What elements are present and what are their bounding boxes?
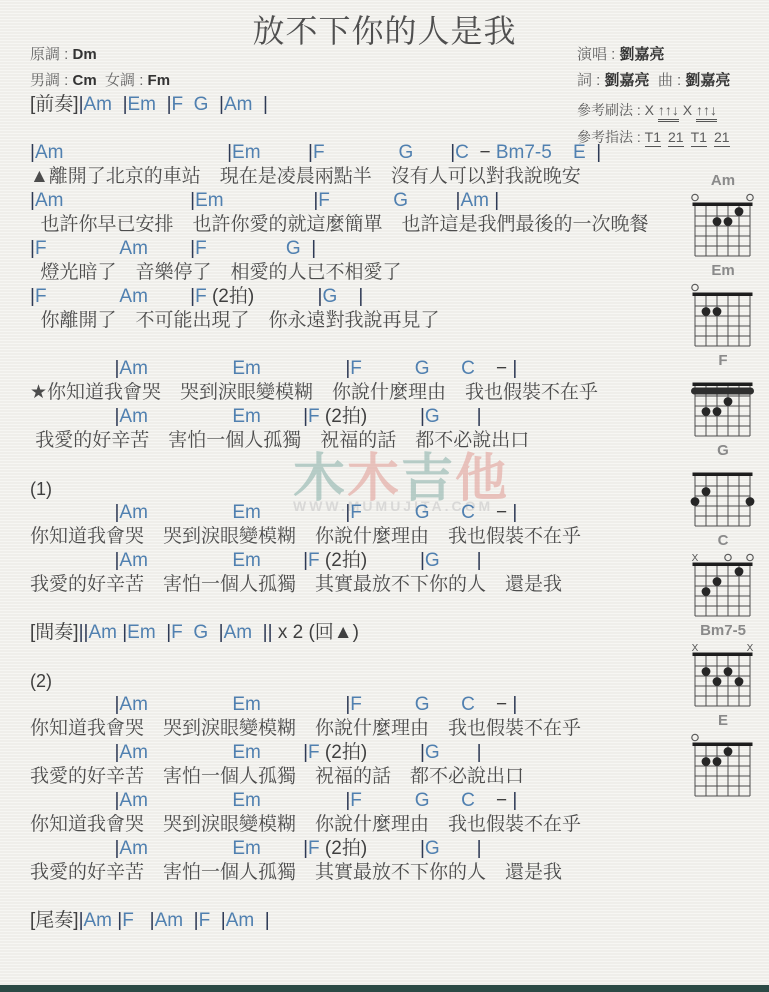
- chord-line-text: [156, 94, 167, 115]
- chord-line-text: [252, 622, 263, 643]
- lyric-line: 我愛的好辛苦 害怕一個人孤獨 其實最放不下你的人 還是我: [30, 861, 605, 885]
- lyric-line: 我愛的好辛苦 害怕一個人孤獨 其實最放不下你的人 還是我: [30, 573, 605, 597]
- chord-line-text: −: [475, 502, 513, 523]
- chord-line-text: [183, 910, 194, 931]
- lyric-line: 你離開了 不可能出現了 你永遠對我說再見了: [30, 309, 605, 333]
- chord-diagram-grid: [683, 730, 763, 802]
- chord-token: F: [35, 286, 47, 307]
- chord-line-text: [148, 694, 232, 715]
- chord-diagram-F: F: [683, 352, 763, 442]
- chord-token: C: [461, 358, 475, 379]
- lyric-line: ★你知道我會哭 哭到淚眼變模糊 你說什麼理由 我也假裝不在乎: [30, 381, 605, 405]
- lyric-line: 你知道我會哭 哭到淚眼變模糊 你說什麼理由 我也假裝不在乎: [30, 717, 605, 741]
- bar-separator: |: [494, 190, 499, 211]
- chord-diagram-name: F: [683, 352, 763, 370]
- chord-line-text: [63, 190, 190, 211]
- chord-line-text: [30, 694, 114, 715]
- chord-line-text: [429, 358, 461, 379]
- svg-text:X: X: [747, 643, 754, 654]
- chord-line: |Am Em |F (2拍) |G |: [30, 549, 605, 573]
- chord-token: G: [194, 94, 209, 115]
- bar-separator: |: [477, 742, 482, 763]
- bar-separator: |: [512, 502, 517, 523]
- chord-line-text: [254, 910, 265, 931]
- meta-label: 曲 :: [650, 72, 686, 89]
- bottom-border-bar: [0, 985, 769, 992]
- chord-line-text: [362, 790, 415, 811]
- chord-token: F: [313, 142, 325, 163]
- chord-line-text: [413, 142, 450, 163]
- chord-sheet-page: 放不下你的人是我 原調 : Dm男調 : Cm 女調 : Fm 演唱 : 劉嘉亮…: [0, 0, 769, 992]
- chord-line-text: −: [469, 142, 496, 163]
- chord-token: Am: [119, 838, 148, 859]
- chord-line-text: [前奏]: [30, 94, 79, 115]
- chord-line-text: [440, 550, 477, 571]
- chord-line: |Am Em |F G C − |: [30, 693, 605, 717]
- chord-token: F: [350, 694, 362, 715]
- meta-value: 劉嘉亮: [685, 72, 730, 89]
- chord-token: Am: [119, 550, 148, 571]
- lyric-line: 我愛的好辛苦 害怕一個人孤獨 祝福的話 都不必說出口: [30, 429, 605, 453]
- chord-token: F: [308, 742, 320, 763]
- chord-token: Am: [119, 406, 148, 427]
- chord-line-text: [261, 838, 303, 859]
- chord-line-text: [429, 502, 461, 523]
- chord-token: F: [195, 238, 207, 259]
- chord-line-text: [208, 94, 219, 115]
- chord-line: |Am Em |F G C − |: [30, 357, 605, 381]
- chord-diagram-grid: [683, 190, 763, 262]
- chord-diagram-grid: [683, 370, 763, 442]
- chord-line-text: [30, 358, 114, 379]
- chord-token: F: [350, 502, 362, 523]
- chord-token: Em: [232, 358, 261, 379]
- bar-separator: |: [512, 694, 517, 715]
- chord-token: Am: [155, 910, 184, 931]
- chord-line-text: [224, 190, 314, 211]
- chord-line-text: [208, 622, 219, 643]
- meta-right: 演唱 : 劉嘉亮詞 : 劉嘉亮 曲 : 劉嘉亮: [577, 42, 763, 94]
- chord-token: Am: [119, 502, 148, 523]
- chord-token: Am: [460, 190, 489, 211]
- spacer-line: [30, 885, 605, 909]
- chord-token: F: [195, 286, 207, 307]
- chord-diagram-grid: X: [683, 550, 763, 622]
- meta-value: Cm: [73, 72, 97, 89]
- chord-token: Em: [232, 790, 261, 811]
- chord-token: Em: [127, 622, 156, 643]
- chord-line-text: [148, 790, 232, 811]
- chord-line-text: [261, 358, 345, 379]
- chord-line: |Am Em |F (2拍) |G |: [30, 837, 605, 861]
- chord-line-text: [148, 502, 232, 523]
- chord-line: |Am Em |F G C − |: [30, 789, 605, 813]
- bar-separator: |: [512, 358, 517, 379]
- chord-line-text: [261, 694, 345, 715]
- chord-token: C: [461, 502, 475, 523]
- spacer-line: [30, 453, 605, 477]
- chord-token: Am: [224, 622, 253, 643]
- bar-separator: |: [311, 238, 316, 259]
- chord-diagram-Em: Em: [683, 262, 763, 352]
- chord-token: Am: [35, 142, 64, 163]
- chord-line-text: [30, 550, 114, 571]
- pattern-group: 21: [668, 129, 684, 147]
- chord-token: F: [171, 622, 183, 643]
- chord-line-text: [47, 286, 120, 307]
- pattern-group: 21: [714, 129, 730, 147]
- chord-line-text: [30, 790, 114, 811]
- chord-line-text: [362, 358, 415, 379]
- chord-token: G: [425, 838, 440, 859]
- chord-token: F: [122, 910, 134, 931]
- chord-token: Em: [232, 142, 261, 163]
- chord-line-text: (2拍): [320, 406, 420, 427]
- chord-line: |Am Em |F (2拍) |G |: [30, 405, 605, 429]
- chord-line-text: [429, 790, 461, 811]
- chord-token: Am: [119, 238, 148, 259]
- chord-line-text: [252, 94, 263, 115]
- chord-token: Em: [232, 694, 261, 715]
- lyric-line: 也許你早已安排 也許你愛的就這麼簡單 也許這是我們最後的一次晚餐: [30, 213, 605, 237]
- bar-separator: |: [477, 550, 482, 571]
- chord-diagram-grid: [683, 280, 763, 352]
- meta-left: 原調 : Dm男調 : Cm 女調 : Fm: [30, 42, 170, 94]
- chord-line-text: [47, 238, 120, 259]
- chord-token: G: [425, 742, 440, 763]
- chord-line: |Am |Em |F G |Am |: [30, 189, 605, 213]
- chord-token: E: [573, 142, 586, 163]
- chord-line-text: [362, 502, 415, 523]
- chord-token: Em: [232, 838, 261, 859]
- chord-line-text: [440, 406, 477, 427]
- chord-token: G: [193, 622, 208, 643]
- meta-row: 男調 : Cm 女調 : Fm: [30, 68, 170, 94]
- chord-line-text: [148, 238, 190, 259]
- chord-line: [間奏]||Am |Em |F G |Am || x 2 (回▲): [30, 621, 605, 645]
- pattern-group: T1: [691, 129, 707, 147]
- pattern-group: X: [645, 102, 658, 118]
- chord-diagram-name: C: [683, 532, 763, 550]
- chord-line-text: [261, 502, 345, 523]
- chord-token: Am: [119, 742, 148, 763]
- bar-separator: |: [263, 94, 268, 115]
- lyric-line: 我愛的好辛苦 害怕一個人孤獨 祝福的話 都不必說出口: [30, 765, 605, 789]
- chord-line: |Am Em |F G C − |: [30, 501, 605, 525]
- meta-label: 原調 :: [30, 46, 73, 63]
- chord-line-text: (2拍): [320, 742, 420, 763]
- chord-diagram-E: E: [683, 712, 763, 802]
- chord-line-text: [183, 94, 194, 115]
- song-body: [前奏]|Am |Em |F G |Am ||Am |Em |F G |C − …: [30, 93, 605, 933]
- chord-token: F: [350, 790, 362, 811]
- chord-token: G: [322, 286, 337, 307]
- chord-line-text: [30, 406, 114, 427]
- chord-line-text: [134, 910, 150, 931]
- chord-line-text: −: [475, 790, 513, 811]
- chord-line-text: [148, 838, 232, 859]
- chord-diagrams-panel: AmEmFGCXBm7-5XXE: [683, 172, 763, 802]
- lyric-line: ▲離開了北京的車站 現在是凌晨兩點半 沒有人可以對我說晚安: [30, 165, 605, 189]
- chord-token: Am: [224, 94, 253, 115]
- lyric-line: 你知道我會哭 哭到淚眼變模糊 你說什麼理由 我也假裝不在乎: [30, 813, 605, 837]
- chord-token: Em: [232, 550, 261, 571]
- chord-line-text: [156, 622, 167, 643]
- chord-line: |F Am |F (2拍) |G |: [30, 285, 605, 309]
- chord-line-text: [261, 406, 303, 427]
- bar-separator: |: [477, 406, 482, 427]
- chord-line-text: (2拍): [320, 550, 420, 571]
- chord-token: Am: [226, 910, 255, 931]
- chord-token: F: [35, 238, 47, 259]
- chord-token: F: [318, 190, 330, 211]
- chord-token: Em: [232, 502, 261, 523]
- meta-value: Dm: [73, 46, 97, 63]
- chord-token: Am: [84, 910, 113, 931]
- chord-token: F: [172, 94, 184, 115]
- chord-line-text: [148, 358, 232, 379]
- meta-value: 劉嘉亮: [620, 46, 665, 63]
- chord-token: Em: [128, 94, 157, 115]
- chord-line-text: [30, 838, 114, 859]
- chord-line-text: [30, 502, 114, 523]
- lyric-line: 燈光暗了 音樂停了 相愛的人已不相愛了: [30, 261, 605, 285]
- chord-line-text: [586, 142, 597, 163]
- pattern-group: T1: [645, 129, 661, 147]
- chord-token: F: [308, 406, 320, 427]
- chord-token: C: [461, 790, 475, 811]
- chord-token: G: [425, 550, 440, 571]
- section-label: (1): [30, 477, 605, 501]
- bar-separator: |: [596, 142, 601, 163]
- chord-token: G: [393, 190, 408, 211]
- chord-token: F: [308, 550, 320, 571]
- section-label: (2): [30, 669, 605, 693]
- chord-line-text: [552, 142, 573, 163]
- chord-line-text: [30, 742, 114, 763]
- chord-diagram-Am: Am: [683, 172, 763, 262]
- chord-line-text: [261, 142, 309, 163]
- chord-line: |Am |Em |F G |C − Bm7-5 E |: [30, 141, 605, 165]
- chord-diagram-grid: XX: [683, 640, 763, 712]
- spacer-line: [30, 645, 605, 669]
- chord-line-text: −: [475, 694, 513, 715]
- chord-token: C: [461, 694, 475, 715]
- chord-token: Em: [195, 190, 224, 211]
- chord-line-text: [63, 142, 227, 163]
- pattern-group: X: [679, 102, 696, 118]
- meta-label: 演唱 :: [577, 46, 620, 63]
- chord-line-text: [261, 742, 303, 763]
- meta-row: 原調 : Dm: [30, 42, 170, 68]
- chord-diagram-name: G: [683, 442, 763, 460]
- chord-diagram-name: Am: [683, 172, 763, 190]
- bar-separator: |: [265, 910, 270, 931]
- spacer-line: [30, 597, 605, 621]
- chord-line: |F Am |F G |: [30, 237, 605, 261]
- chord-diagram-grid: [683, 460, 763, 532]
- chord-token: F: [308, 838, 320, 859]
- chord-diagram-C: CX: [683, 532, 763, 622]
- chord-token: F: [350, 358, 362, 379]
- chord-token: G: [415, 790, 430, 811]
- chord-token: Am: [119, 358, 148, 379]
- chord-line-text: [440, 838, 477, 859]
- chord-line-text: [148, 406, 232, 427]
- chord-line-text: [325, 142, 399, 163]
- meta-value: Fm: [148, 72, 171, 89]
- chord-line-text: −: [475, 358, 513, 379]
- svg-text:X: X: [692, 553, 699, 564]
- chord-diagram-G: G: [683, 442, 763, 532]
- meta-label: 女調 :: [97, 72, 148, 89]
- spacer-line: [30, 117, 605, 141]
- chord-token: Am: [35, 190, 64, 211]
- chord-token: G: [286, 238, 301, 259]
- chord-line-text: [148, 742, 232, 763]
- meta-row: 演唱 : 劉嘉亮: [577, 42, 763, 68]
- chord-line-text: [207, 238, 286, 259]
- lyric-line: 你知道我會哭 哭到淚眼變模糊 你說什麼理由 我也假裝不在乎: [30, 525, 605, 549]
- bar-separator: |: [477, 838, 482, 859]
- chord-token: F: [199, 910, 211, 931]
- bar-separator: |: [512, 790, 517, 811]
- chord-line: [尾奏]|Am |F |Am |F |Am |: [30, 909, 605, 933]
- chord-diagram-name: Em: [683, 262, 763, 280]
- chord-line-text: [148, 550, 232, 571]
- chord-line-text: [尾奏]: [30, 910, 79, 931]
- chord-line-text: x 2 (回▲): [273, 622, 359, 643]
- chord-token: Am: [119, 790, 148, 811]
- chord-token: Bm7-5: [496, 142, 552, 163]
- chord-line-text: [間奏]: [30, 622, 79, 643]
- pattern-group: ↑↑↓: [696, 102, 717, 122]
- chord-line-text: [301, 238, 312, 259]
- svg-text:X: X: [692, 643, 699, 654]
- chord-token: G: [425, 406, 440, 427]
- chord-token: Em: [232, 406, 261, 427]
- meta-row: 詞 : 劉嘉亮 曲 : 劉嘉亮: [577, 68, 763, 94]
- chord-diagram-name: E: [683, 712, 763, 730]
- bar-separator: |: [358, 286, 363, 307]
- chord-line-text: [408, 190, 456, 211]
- chord-line: [前奏]|Am |Em |F G |Am |: [30, 93, 605, 117]
- chord-line-text: [440, 742, 477, 763]
- pattern-group: ↑↑↓: [658, 102, 679, 122]
- chord-token: G: [415, 502, 430, 523]
- chord-line: |Am Em |F (2拍) |G |: [30, 741, 605, 765]
- chord-line-text: [210, 910, 221, 931]
- chord-token: Am: [88, 622, 117, 643]
- chord-token: Em: [232, 742, 261, 763]
- chord-token: G: [415, 358, 430, 379]
- meta-label: 詞 :: [577, 72, 605, 89]
- chord-token: C: [455, 142, 469, 163]
- chord-line-text: [183, 622, 194, 643]
- chord-token: G: [415, 694, 430, 715]
- chord-line-text: [112, 94, 123, 115]
- chord-line-text: [337, 286, 358, 307]
- chord-line-text: [330, 190, 393, 211]
- meta-value: 劉嘉亮: [605, 72, 650, 89]
- chord-line-text: [261, 790, 345, 811]
- meta-label: 男調 :: [30, 72, 73, 89]
- chord-line-text: [362, 694, 415, 715]
- chord-line-text: [148, 286, 190, 307]
- chord-line-text: [429, 694, 461, 715]
- chord-token: Am: [119, 286, 148, 307]
- chord-token: Am: [119, 694, 148, 715]
- chord-line-text: (2拍): [207, 286, 318, 307]
- chord-line-text: (2拍): [320, 838, 420, 859]
- chord-token: Am: [84, 94, 113, 115]
- chord-diagram-name: Bm7-5: [683, 622, 763, 640]
- chord-diagram-Bm7-5: Bm7-5XX: [683, 622, 763, 712]
- chord-line-text: [261, 550, 303, 571]
- chord-token: G: [399, 142, 414, 163]
- spacer-line: [30, 333, 605, 357]
